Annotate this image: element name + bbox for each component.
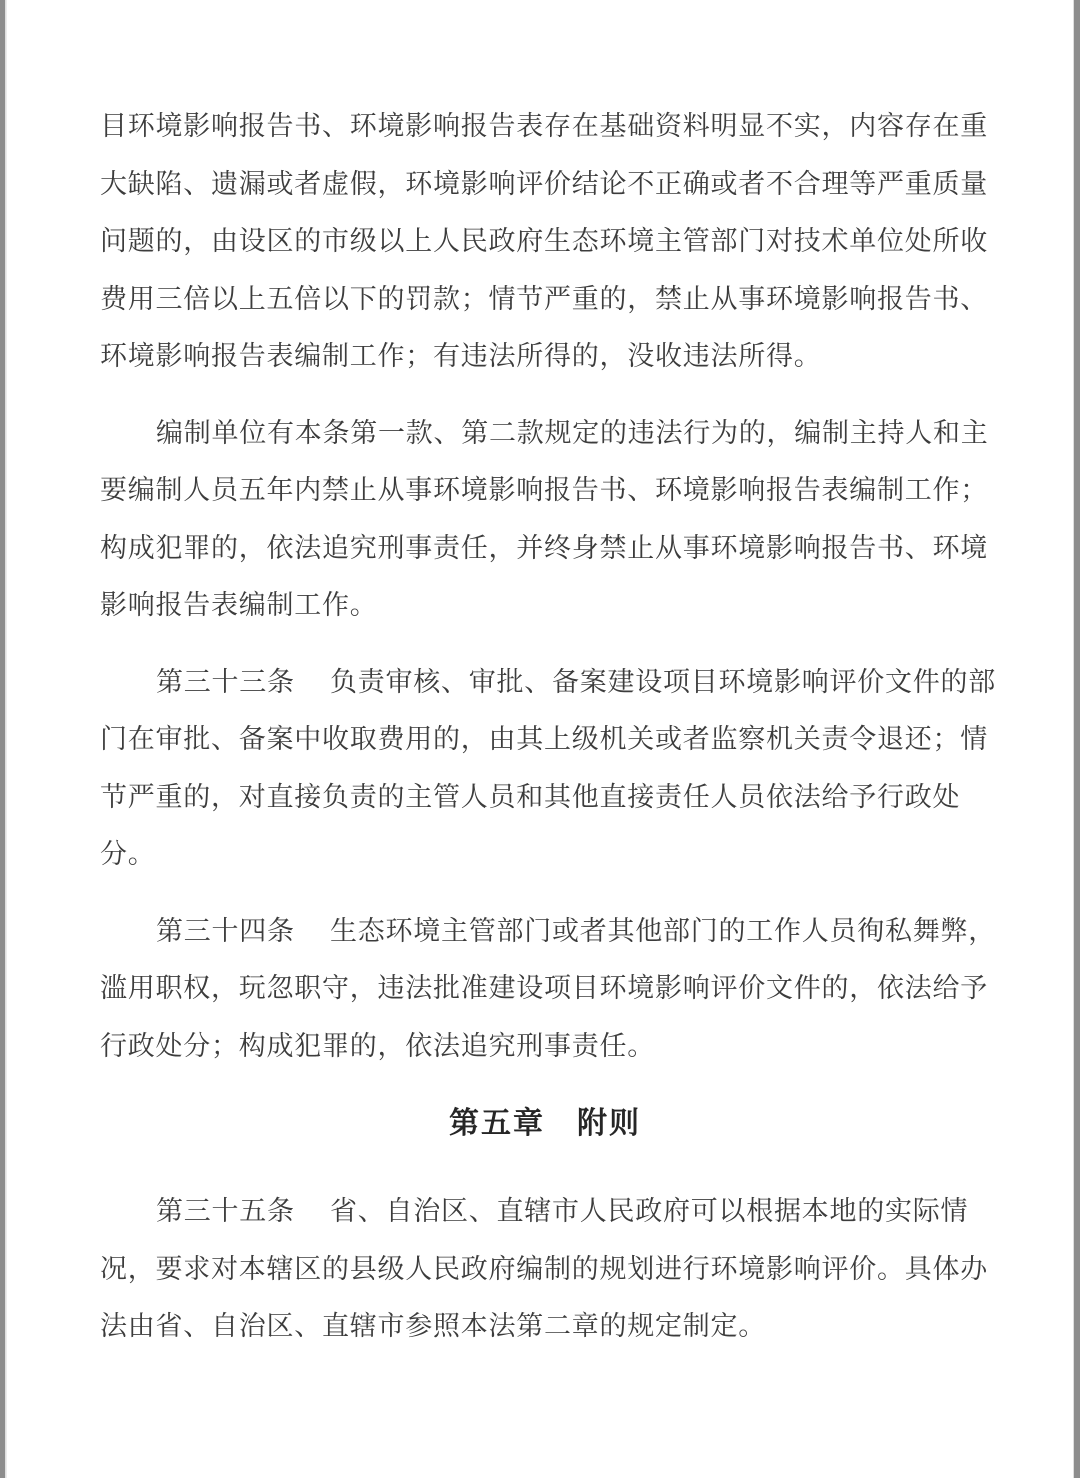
paragraph: 编制单位有本条第一款、第二款规定的违法行为的，编制主持人和主 要编制人员五年内禁… (100, 405, 990, 635)
text-line: 第三十五条 省、自治区、直辖市人民政府可以根据本地的实际情 (100, 1183, 990, 1241)
paragraph: 目环境影响报告书、环境影响报告表存在基础资料明显不实，内容存在重 大缺陷、遗漏或… (100, 98, 990, 386)
text-line: 分。 (100, 826, 990, 884)
text-line: 环境影响报告表编制工作；有违法所得的，没收违法所得。 (100, 328, 990, 386)
text-line: 问题的，由设区的市级以上人民政府生态环境主管部门对技术单位处所收 (100, 213, 990, 271)
text-line: 节严重的，对直接负责的主管人员和其他直接责任人员依法给予行政处 (100, 769, 990, 827)
paragraph-article-35: 第三十五条 省、自治区、直辖市人民政府可以根据本地的实际情 况，要求对本辖区的县… (100, 1183, 990, 1356)
text-line: 构成犯罪的，依法追究刑事责任，并终身禁止从事环境影响报告书、环境 (100, 520, 990, 578)
text-line: 第三十四条 生态环境主管部门或者其他部门的工作人员徇私舞弊， (100, 903, 990, 961)
text-line: 滥用职权，玩忽职守，违法批准建设项目环境影响评价文件的，依法给予 (100, 960, 990, 1018)
right-window-edge (1073, 0, 1080, 1478)
text-line: 门在审批、备案中收取费用的，由其上级机关或者监察机关责令退还；情 (100, 711, 990, 769)
text-line: 第三十三条 负责审核、审批、备案建设项目环境影响评价文件的部 (100, 654, 990, 712)
text-line: 要编制人员五年内禁止从事环境影响报告书、环境影响报告表编制工作； (100, 462, 990, 520)
text-line: 费用三倍以上五倍以下的罚款；情节严重的，禁止从事环境影响报告书、 (100, 271, 990, 329)
document-viewer-page: 目环境影响报告书、环境影响报告表存在基础资料明显不实，内容存在重 大缺陷、遗漏或… (0, 0, 1080, 1478)
text-line: 况，要求对本辖区的县级人民政府编制的规划进行环境影响评价。具体办 (100, 1241, 990, 1299)
paragraph-article-34: 第三十四条 生态环境主管部门或者其他部门的工作人员徇私舞弊， 滥用职权，玩忽职守… (100, 903, 990, 1076)
text-line: 行政处分；构成犯罪的，依法追究刑事责任。 (100, 1018, 990, 1076)
left-window-edge (0, 0, 7, 1478)
text-line: 编制单位有本条第一款、第二款规定的违法行为的，编制主持人和主 (100, 405, 990, 463)
document-body: 目环境影响报告书、环境影响报告表存在基础资料明显不实，内容存在重 大缺陷、遗漏或… (100, 0, 990, 1375)
paragraph-article-33: 第三十三条 负责审核、审批、备案建设项目环境影响评价文件的部 门在审批、备案中收… (100, 654, 990, 884)
chapter-heading: 第五章 附则 (100, 1095, 990, 1152)
text-line: 目环境影响报告书、环境影响报告表存在基础资料明显不实，内容存在重 (100, 98, 990, 156)
text-line: 法由省、自治区、直辖市参照本法第二章的规定制定。 (100, 1298, 990, 1356)
text-line: 影响报告表编制工作。 (100, 577, 990, 635)
text-line: 大缺陷、遗漏或者虚假，环境影响评价结论不正确或者不合理等严重质量 (100, 156, 990, 214)
